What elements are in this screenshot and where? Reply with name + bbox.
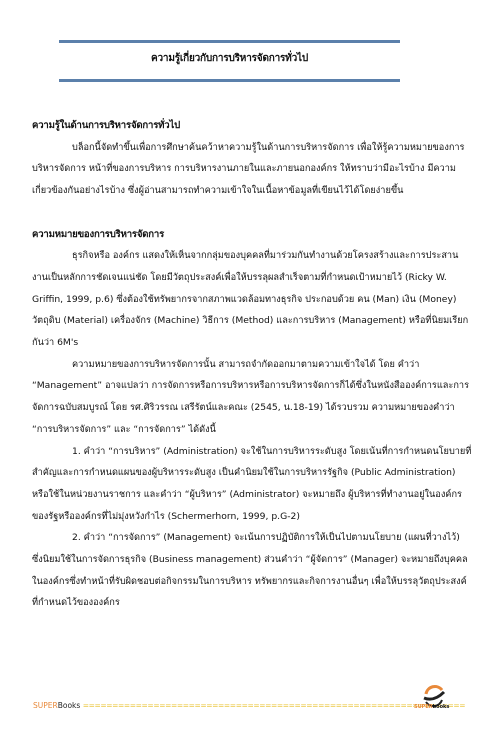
section-heading: ความรู้ในด้านการบริหารจัดการทั่วไป — [32, 115, 472, 137]
footer-separator: ========================================… — [83, 701, 465, 710]
logo-text-books: books — [433, 704, 450, 710]
paragraph: ความหมายของการบริหารจัดการนั้น สามารถจำก… — [32, 354, 472, 441]
list-item: 1. คำว่า “การบริหาร” (Administration) จะ… — [32, 441, 472, 528]
footer-brand-super: SUPER — [33, 701, 58, 710]
document-body: ความรู้ในด้านการบริหารจัดการทั่วไป บล็อก… — [32, 115, 472, 614]
paragraph: ธุรกิจหรือ องค์กร แสดงให้เห็นจากกลุ่มของ… — [32, 245, 472, 354]
page-title: ความรู้เกี่ยวกับการบริหารจัดการทั่วไป — [59, 51, 400, 66]
page-footer: SUPERBooks =============================… — [33, 701, 465, 710]
paragraph: บล็อกนี้จัดทำขึ้นเพื่อการศึกษาค้นคว้าหาค… — [32, 137, 472, 202]
logo-text-super: SUPER — [414, 704, 433, 710]
superbooks-logo-icon — [414, 680, 456, 716]
footer-brand-books: Books — [58, 701, 81, 710]
title-rule-top — [59, 40, 400, 43]
title-rule-bottom — [59, 79, 400, 82]
logo-text: SUPERbooks — [414, 704, 449, 710]
spacer — [32, 202, 472, 224]
list-item: 2. คำว่า “การจัดการ” (Management) จะเน้น… — [32, 527, 472, 614]
section-heading: ความหมายของการบริหารจัดการ — [32, 224, 472, 246]
